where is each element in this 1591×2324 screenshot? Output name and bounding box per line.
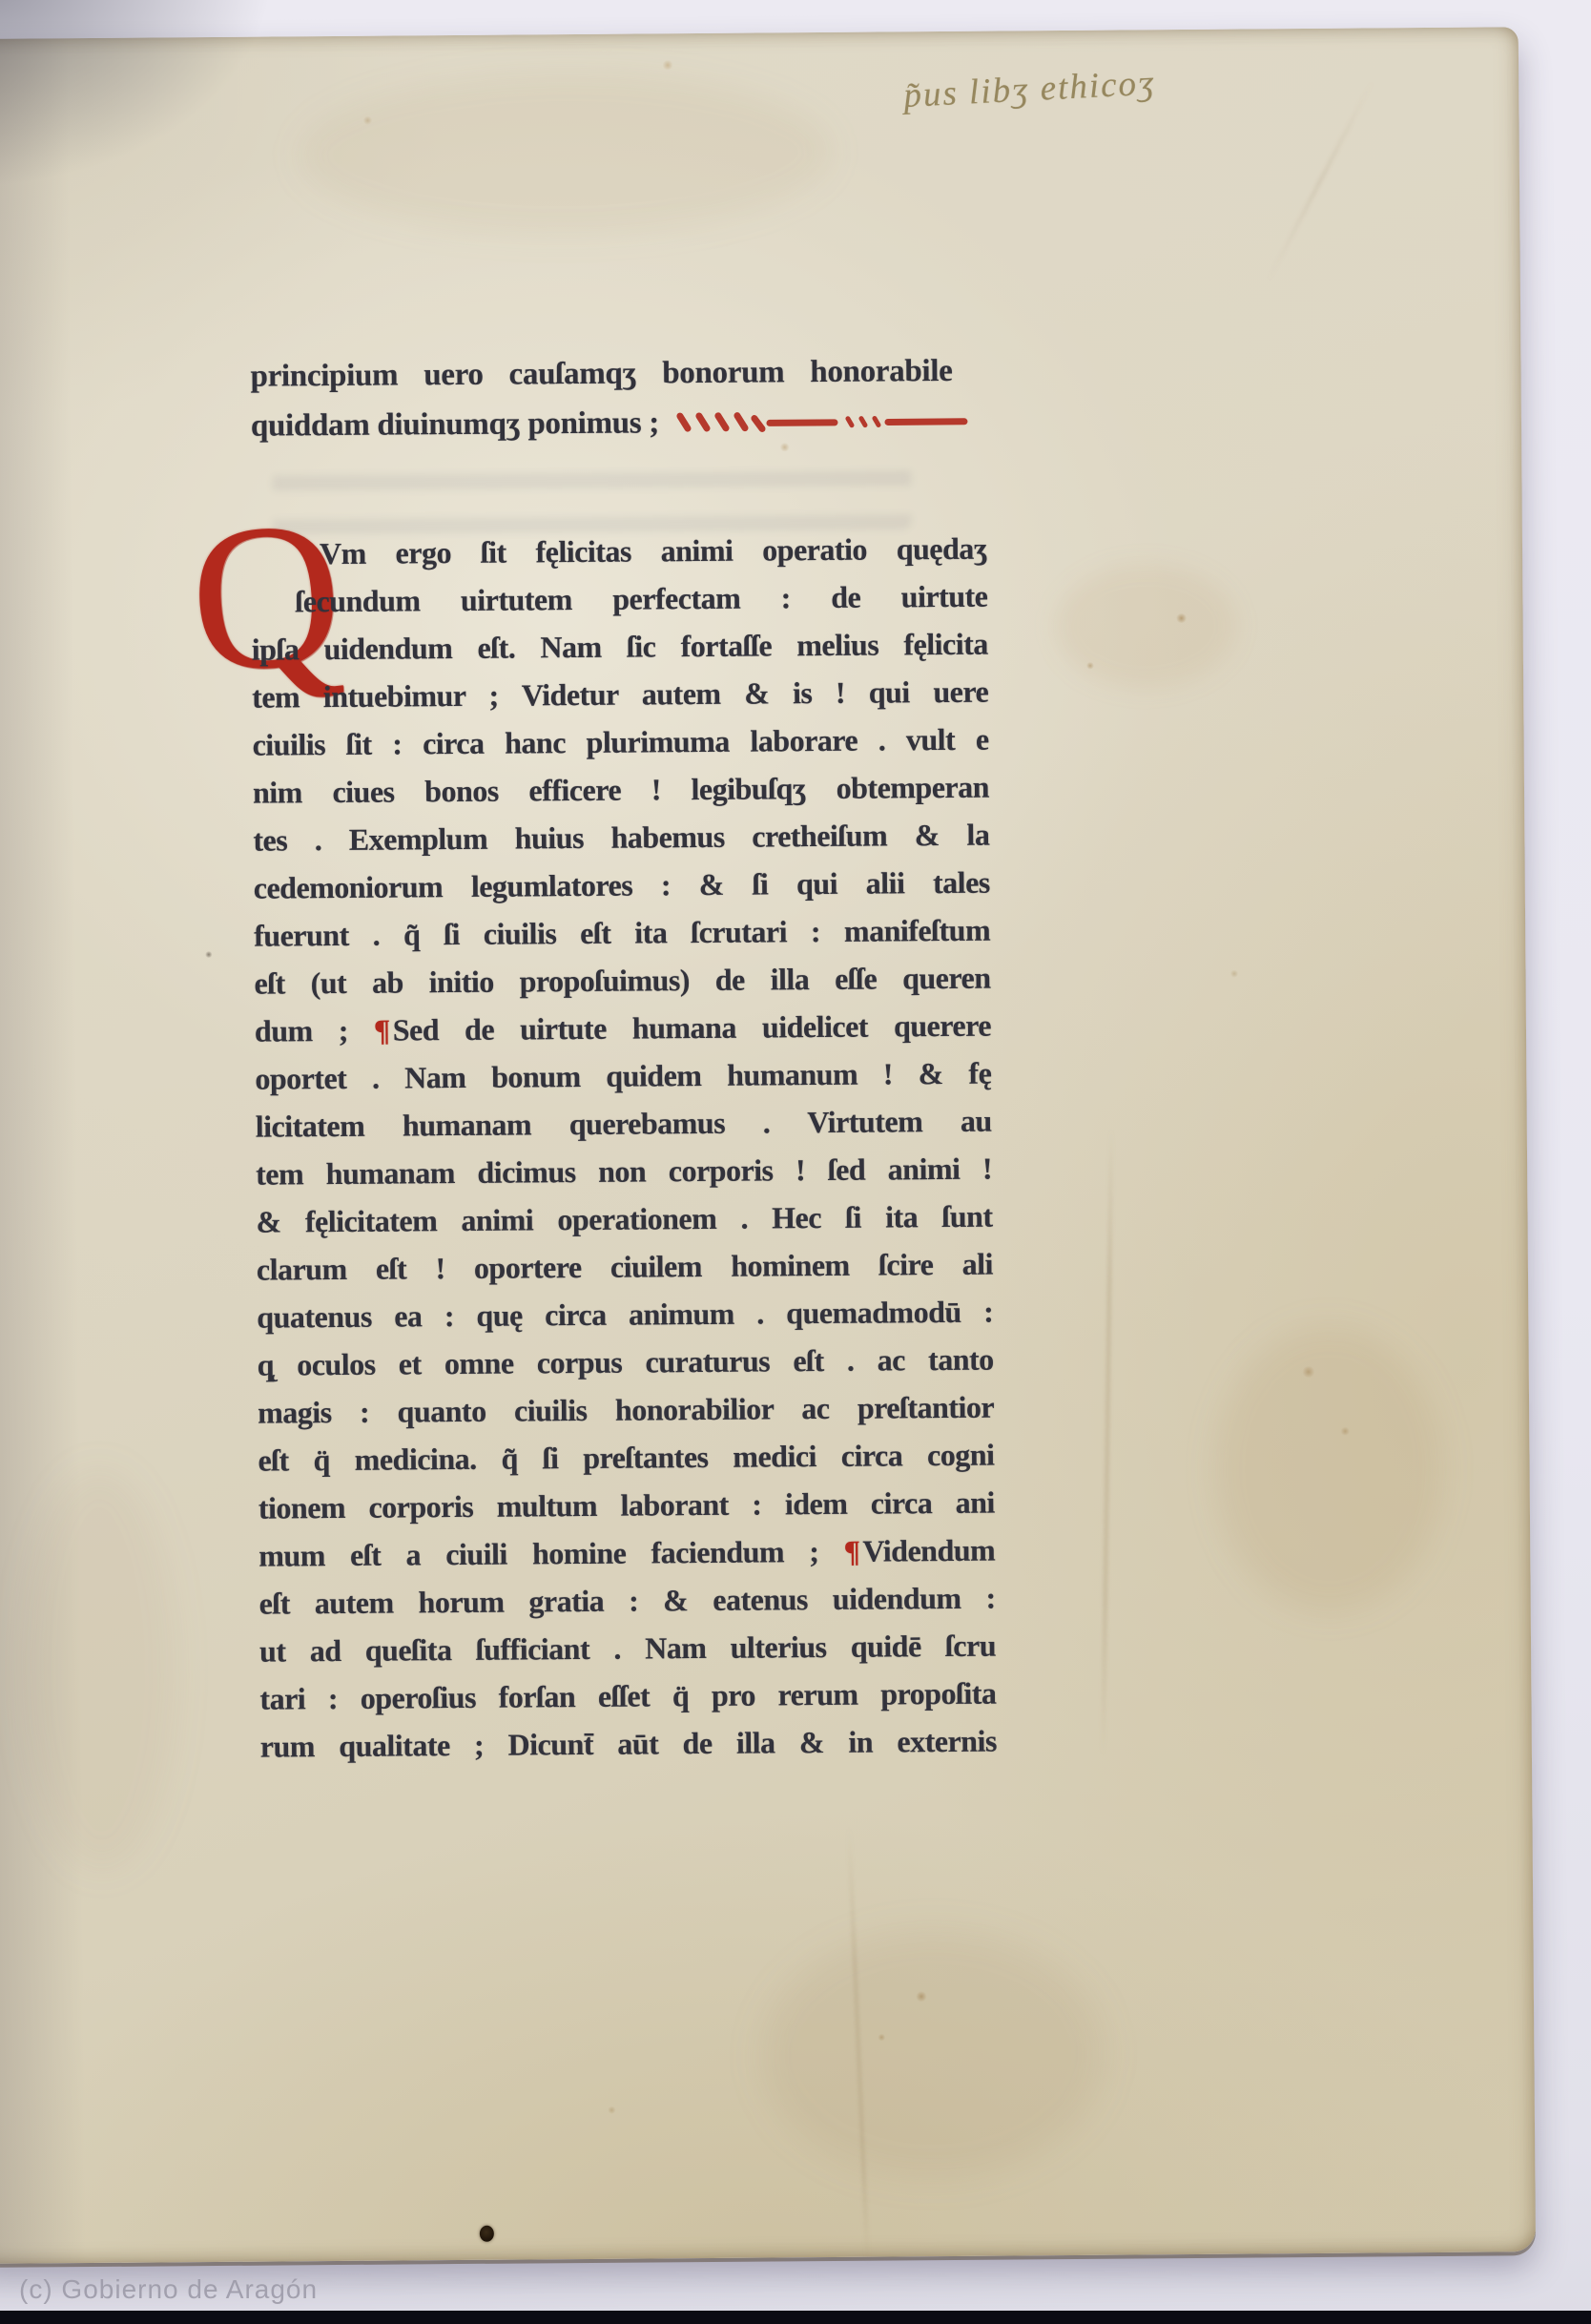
- text-line: cedemoniorum legumlatores : & ſi qui ali…: [254, 865, 990, 919]
- photo-bottom-edge: [0, 2311, 1591, 2324]
- copyright-watermark: (c) Gobierno de Aragón: [19, 2274, 318, 2305]
- text-line: oportet . Nam bonum quidem humanum ! & f…: [255, 1056, 991, 1110]
- foxing-spot: [878, 2034, 885, 2042]
- foxing-spot: [1302, 1366, 1315, 1378]
- text-line: clarum eſt ! oportere ciuilem hominem ſc…: [257, 1247, 993, 1300]
- text-line: ſecundum uirtutem perfectam : de uirtute: [251, 579, 987, 633]
- paper-crease: [1267, 79, 1374, 283]
- text-line: ut ad queſita ſufficiant . Nam ulterius …: [259, 1629, 996, 1682]
- foxing-spot: [1229, 970, 1238, 978]
- text-line-content: quiddam diuinumqʒ ponimus ;: [251, 405, 659, 443]
- manuscript-annotation: p̃us libʒ ethicoʒ: [902, 62, 1156, 116]
- text-line: magis : quanto ciuilis honorabilior ac p…: [258, 1390, 994, 1443]
- text-line: mum eſt a ciuili homine faciendum ; ¶Vid…: [258, 1533, 995, 1587]
- foxing-spot: [1086, 662, 1094, 670]
- rubric-paragraph-mark: ¶: [843, 1534, 862, 1568]
- foxing-spot: [608, 2106, 616, 2114]
- paper-crease: [1102, 1128, 1113, 1757]
- foxing-spot: [1176, 613, 1188, 623]
- foxing-spot: [916, 1991, 927, 2002]
- foxing-spot: [1340, 1427, 1350, 1436]
- main-text-block: Vm ergo ſit fęlicitas animi operatio quę…: [251, 531, 997, 1777]
- text-line: licitatem humanam querebamus . Virtutem …: [256, 1104, 992, 1157]
- text-line: tari : operoſius forſan eſſet q̈ pro rer…: [259, 1676, 996, 1730]
- rubric-paragraph-mark: ¶: [374, 1013, 393, 1048]
- intro-text-block: principium uero cauſamqʒ bonorum honorab…: [250, 346, 953, 451]
- text-line: fuerunt . q̃ ſi ciuilis eſt ita ſcrutari…: [254, 913, 990, 966]
- text-line: principium uero cauſamqʒ bonorum honorab…: [250, 346, 952, 402]
- text-line: q̨ oculos et omne corpus curaturus eſt .…: [258, 1342, 994, 1396]
- stain-blotch: [298, 71, 833, 237]
- text-line: ipſa uidendum eſt. Nam ſic fortaſſe meli…: [252, 627, 988, 680]
- parchment-page: p̃us libʒ ethicoʒ principium uero cauſam…: [0, 27, 1536, 2264]
- verso-show-through: [272, 447, 912, 534]
- ink-fleck: [205, 951, 212, 958]
- stain-blotch: [760, 1929, 1105, 2180]
- photograph-canvas: { "colors": { "ink": "#32323b", "rubric"…: [0, 0, 1591, 2324]
- foxing-spot: [662, 60, 673, 70]
- stain-blotch: [1055, 564, 1237, 689]
- text-line: & fęlicitatem animi operationem . Hec ſi…: [256, 1199, 992, 1253]
- text-line: eſt (ut ab initio propoſuimus) de illa e…: [254, 961, 990, 1014]
- text-line: eſt autem horum gratia : & eatenus uiden…: [259, 1581, 996, 1634]
- foxing-spot: [779, 443, 790, 451]
- text-line: tem humanam dicimus non corporis ! ſed a…: [256, 1152, 992, 1205]
- text-line: rum qualitate ; Dicunt̄ aūt de illa & in…: [260, 1724, 997, 1777]
- text-line: tionem corporis multum laborant : idem c…: [258, 1485, 995, 1539]
- text-line: eſt q̈ medicina. q̃ ſi preſtantes medici…: [258, 1438, 994, 1491]
- text-line: dum ; ¶Sed de uirtute humana uidelicet q…: [255, 1008, 991, 1062]
- rubric-line-filler-decoration: [674, 409, 970, 434]
- text-line: quiddam diuinumqʒ ponimus ;: [251, 396, 953, 451]
- text-line: Vm ergo ſit fęlicitas animi operatio quę…: [251, 531, 987, 585]
- text-line: nim ciues bonos efficere ! legibuſqʒ obt…: [253, 770, 989, 823]
- stain-blotch: [1213, 1325, 1444, 1613]
- gutter-shadow: [0, 38, 86, 2264]
- text-line: tem intuebimur ; Videtur autem & is ! qu…: [252, 674, 988, 728]
- text-line: ciuilis ſit : circa hanc plurimuma labor…: [252, 722, 988, 776]
- foxing-spot: [362, 116, 372, 125]
- text-line: quatenus ea : quę circa animum . quemadm…: [257, 1295, 993, 1348]
- text-line: tes . Exemplum huius habemus cretheiſum …: [253, 818, 989, 871]
- wormhole-dot: [480, 2226, 494, 2242]
